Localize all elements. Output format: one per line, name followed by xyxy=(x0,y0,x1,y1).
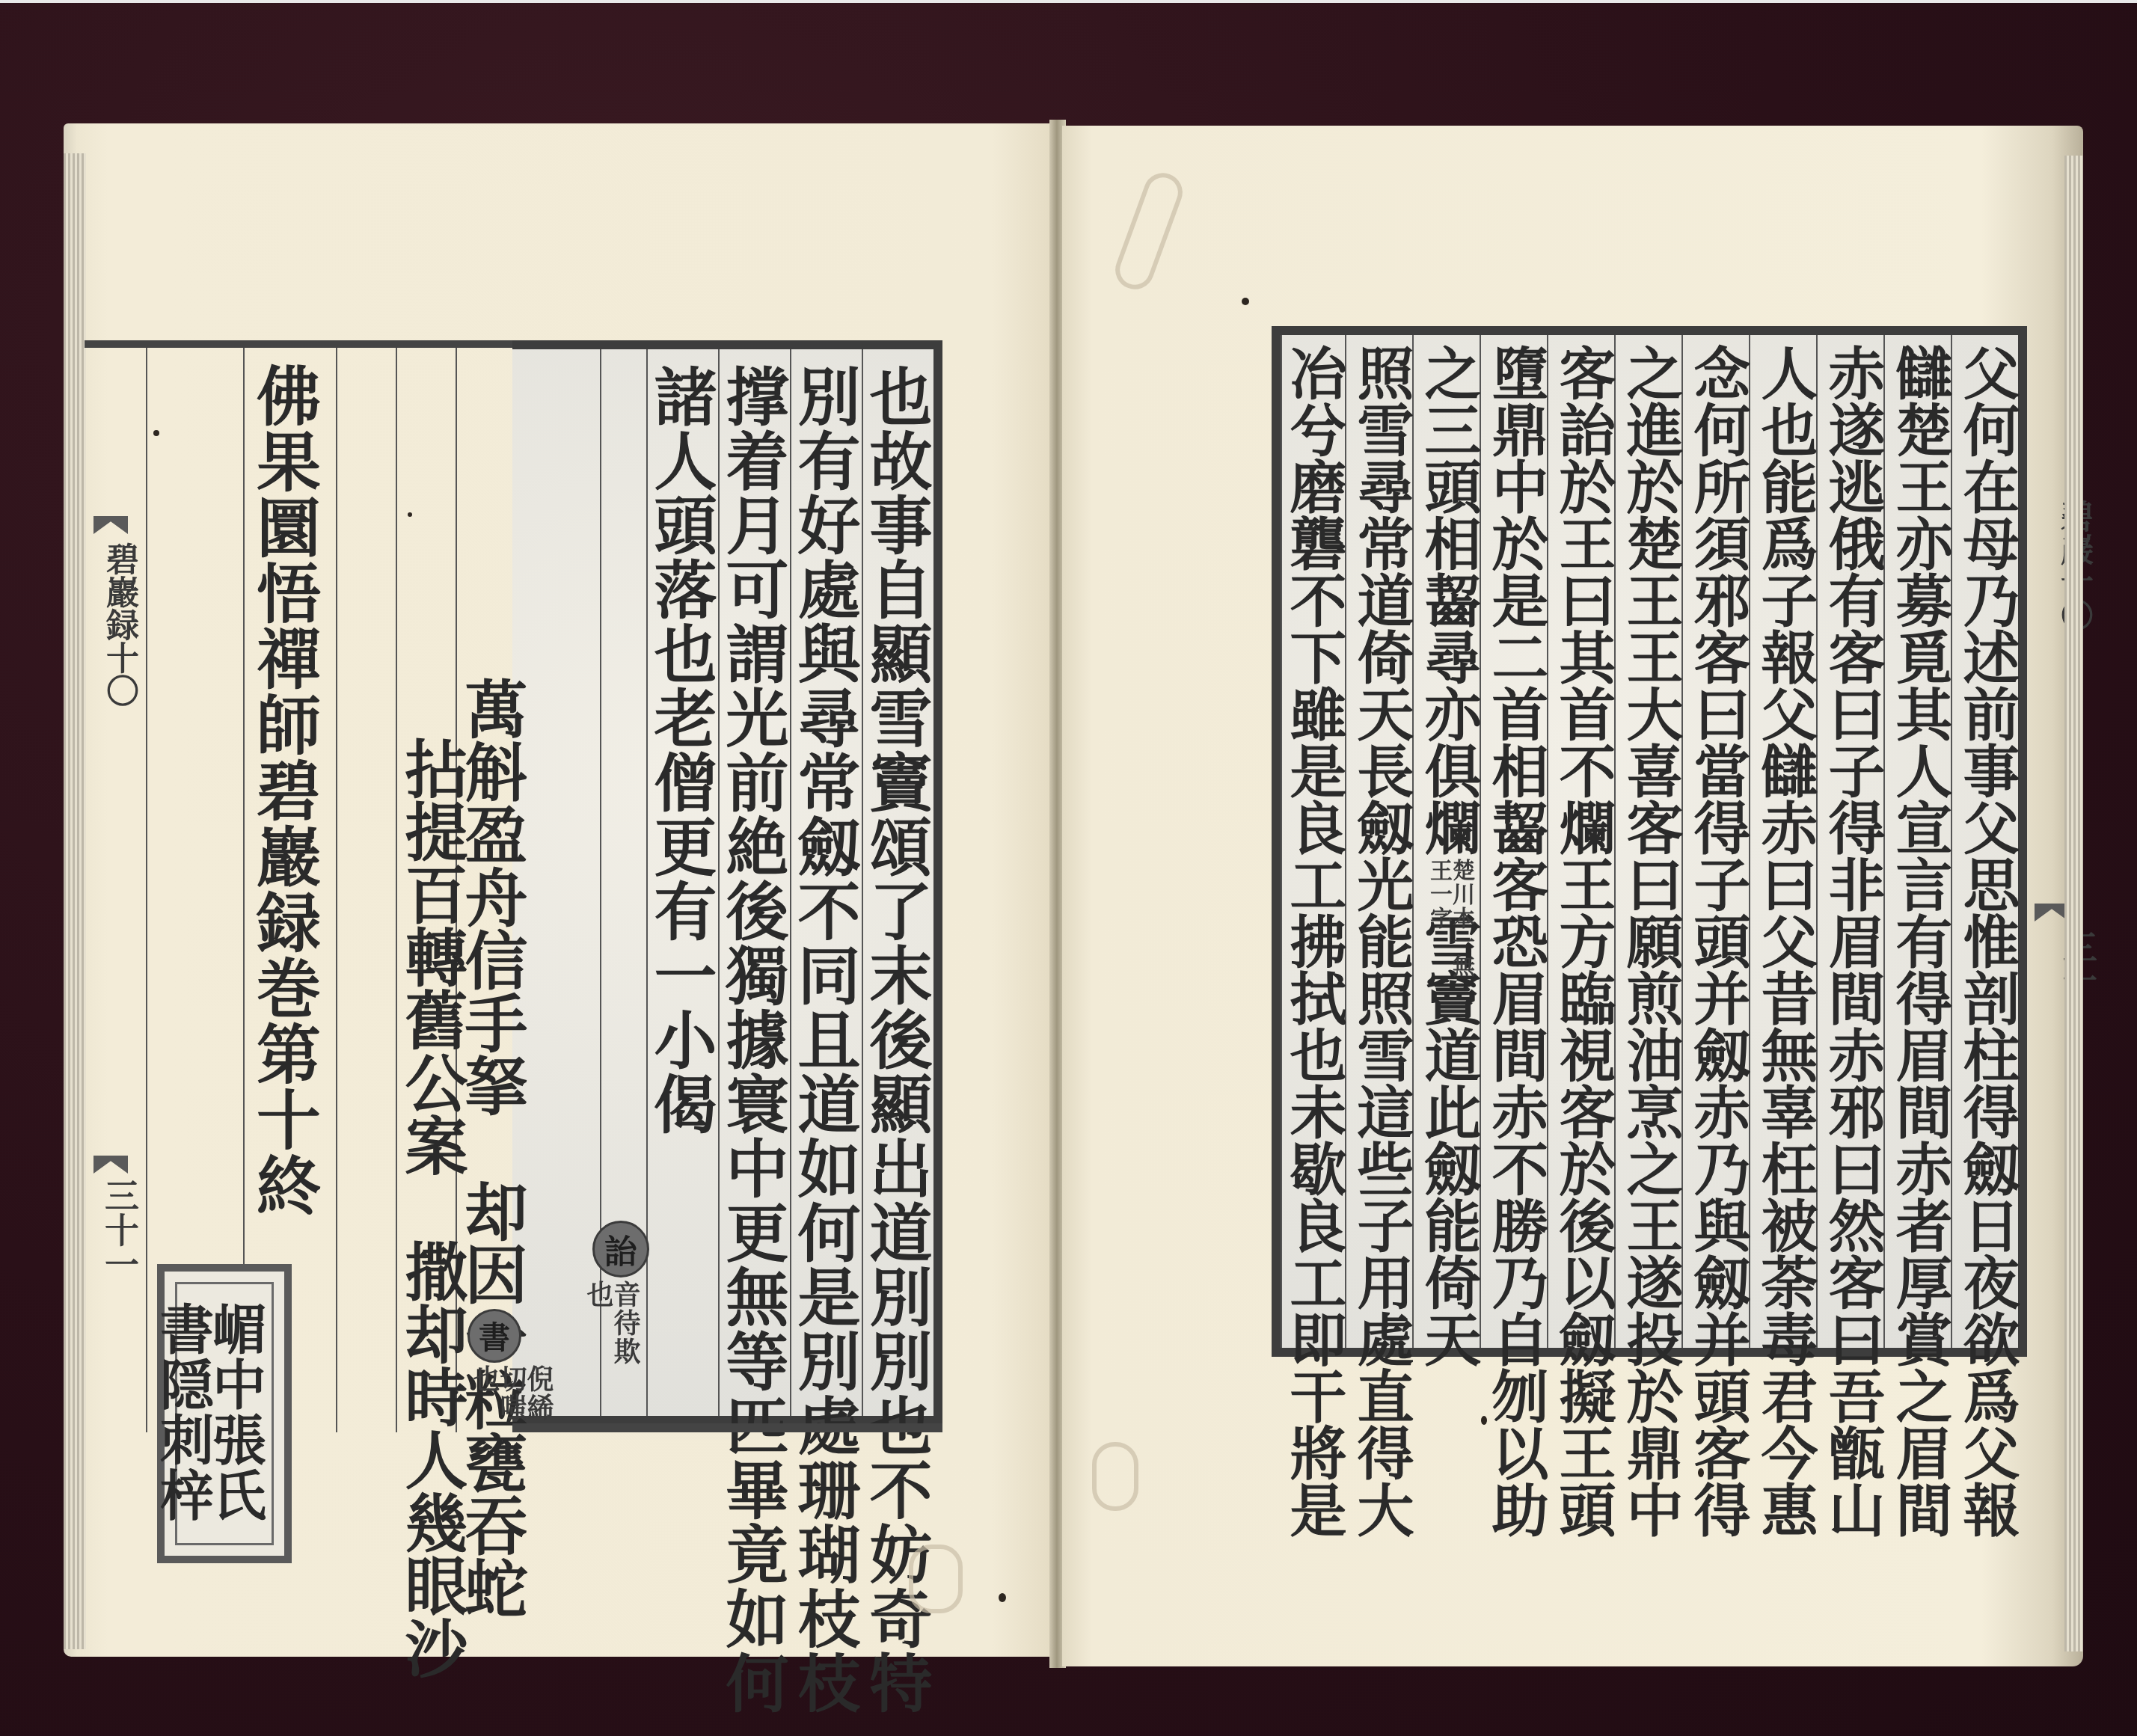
right-page-edge xyxy=(2064,156,2083,1651)
annotation-column: 詒 音待欺也 xyxy=(600,349,646,1416)
colophon-line-1: 嵋中張氏 xyxy=(208,1301,262,1523)
annotation-note: 倪絺切嗤也 xyxy=(471,1365,552,1447)
column-text: 赤遂逃俄有客曰子得非眉間赤邪曰然客曰吾甑山 xyxy=(1824,344,1880,1538)
seal-mark-icon: 書 xyxy=(467,1309,521,1363)
column-text: 冶兮磨礱不下雖是良工拂拭也未歇良工即干將是 xyxy=(1285,344,1342,1538)
fishtail-mark-icon xyxy=(93,516,128,534)
left-banxin-leaf-number: 三十一 xyxy=(95,1178,144,1281)
right-text-block: 父何在母乃述前事父思惟剖柱得劔日夜欲爲父報 讎楚王亦募覓其人宣言有得眉間赤者厚賞… xyxy=(1272,326,2027,1357)
column-text: 撑着月可謂光前絶後獨據寰中更無等匹畢竟如何 xyxy=(721,364,784,1715)
wormhole xyxy=(1242,298,1249,305)
text-column: 冶兮磨礱不下雖是良工拂拭也未歇良工即干將是 xyxy=(1281,335,1345,1348)
text-column: 赤遂逃俄有客曰子得非眉間赤邪曰然客曰吾甑山 xyxy=(1816,335,1883,1348)
text-column: 撑着月可謂光前絶後獨據寰中更無等匹畢竟如何 xyxy=(718,349,790,1416)
column-text: 別有好處與尋常劔不同且道如何是別處珊瑚枝枝 xyxy=(793,364,856,1715)
fishtail-mark-icon xyxy=(93,1156,128,1174)
column-rule xyxy=(336,348,337,1432)
text-column: 讎楚王亦募覓其人宣言有得眉間赤者厚賞之眉間 xyxy=(1883,335,1951,1348)
seal-mark-icon: 詒 xyxy=(592,1221,649,1278)
open-book: 碧巖録十〇 三十一 也故事自顯雪竇頌了末後顯出道別別也不妨奇特 別有好處與尋常劔… xyxy=(64,120,2083,1672)
column-text: 也故事自顯雪竇頌了末後顯出道別別也不妨奇特 xyxy=(865,364,928,1715)
closing-title: 佛果圜悟禪師碧巖録巻第十終 xyxy=(251,363,315,1218)
column-text: 諸人頭落也老僧更有一小偈 xyxy=(649,364,712,1136)
text-column: 諸人頭落也老僧更有一小偈 xyxy=(646,349,718,1416)
wormhole xyxy=(153,430,159,436)
text-column: 之三頭相齧尋亦俱爛 雪竇道此劔能倚天 楚川本一無王一字 xyxy=(1412,335,1480,1348)
column-text: 客詒於王曰其首不爛王方臨視客於後以劔擬王頭 xyxy=(1554,344,1611,1538)
wormhole xyxy=(999,1593,1006,1602)
wormhole xyxy=(1481,1416,1487,1425)
column-text: 讎楚王亦募覓其人宣言有得眉間赤者厚賞之眉間 xyxy=(1891,344,1948,1538)
column-text: 照雪尋常道倚天長劔光能照雪這些子用處直得大 xyxy=(1352,344,1409,1538)
column-text: 念何所須邪客曰當得子頭并劔赤乃與劔并頭客得 xyxy=(1689,344,1746,1538)
text-column: 也故事自顯雪竇頌了末後顯出道別別也不妨奇特 xyxy=(862,349,933,1416)
left-page-edge xyxy=(64,153,86,1649)
column-text: 父何在母乃述前事父思惟剖柱得劔日夜欲爲父報 xyxy=(1958,344,2015,1538)
right-page: 父何在母乃述前事父思惟剖柱得劔日夜欲爲父報 讎楚王亦募覓其人宣言有得眉間赤者厚賞… xyxy=(1062,126,2083,1666)
column-text: 之進於楚王王大喜客曰願煎油烹之王遂投於鼎中 xyxy=(1622,344,1678,1538)
left-page: 碧巖録十〇 三十一 也故事自顯雪竇頌了末後顯出道別別也不妨奇特 別有好處與尋常劔… xyxy=(64,123,1051,1657)
left-text-block: 也故事自顯雪竇頌了末後顯出道別別也不妨奇特 別有好處與尋常劔不同且道如何是別處珊… xyxy=(512,340,942,1425)
poem-line-2: 拈提百轉舊公案 撒却時人幾眼沙 xyxy=(400,737,463,1679)
colophon-line-2: 書隠刺梓 xyxy=(156,1301,209,1523)
photo-top-border xyxy=(0,0,2137,3)
text-column: 墮鼎中於是二首相齧客恐眉間赤不勝乃自刎以助 xyxy=(1480,335,1547,1348)
colophon-box: 嵋中張氏 書隠刺梓 xyxy=(157,1264,292,1563)
wormhole xyxy=(1698,1468,1704,1477)
paper-stain xyxy=(1110,168,1188,295)
text-column: 照雪尋常道倚天長劔光能照雪這些子用處直得大 xyxy=(1345,335,1412,1348)
left-frame-bottom-border xyxy=(512,1423,942,1432)
paper-stain xyxy=(1092,1442,1138,1511)
left-banxin-title: 碧巖録十〇 xyxy=(95,542,143,707)
column-rule xyxy=(146,348,147,1432)
text-column: 客詒於王曰其首不爛王方臨視客於後以劔擬王頭 xyxy=(1547,335,1614,1348)
text-column: 父何在母乃述前事父思惟剖柱得劔日夜欲爲父報 xyxy=(1951,335,2018,1348)
paper-stain xyxy=(909,1545,963,1613)
annotation-note: 音待欺也 xyxy=(585,1280,639,1370)
text-column: 念何所須邪客曰當得子頭并劔赤乃與劔并頭客得 xyxy=(1681,335,1749,1348)
column-text: 墮鼎中於是二首相齧客恐眉間赤不勝乃自刎以助 xyxy=(1487,344,1544,1538)
column-text: 人也能爲子報父讎赤曰父昔無辜枉被荼毒君今惠 xyxy=(1756,344,1813,1538)
column-text: 之三頭相齧尋亦俱爛 雪竇道此劔能倚天 xyxy=(1420,344,1477,1367)
wormhole xyxy=(408,512,412,517)
variant-note: 楚川本一無王一字 xyxy=(1427,859,1472,978)
text-column: 之進於楚王王大喜客曰願煎油烹之王遂投於鼎中 xyxy=(1614,335,1681,1348)
text-column: 人也能爲子報父讎赤曰父昔無辜枉被荼毒君今惠 xyxy=(1749,335,1816,1348)
poem-line-1: 萬斛盈舟信手拏 却因一粒甕吞蛇 xyxy=(460,677,523,1619)
text-column: 別有好處與尋常劔不同且道如何是別處珊瑚枝枝 xyxy=(790,349,862,1416)
